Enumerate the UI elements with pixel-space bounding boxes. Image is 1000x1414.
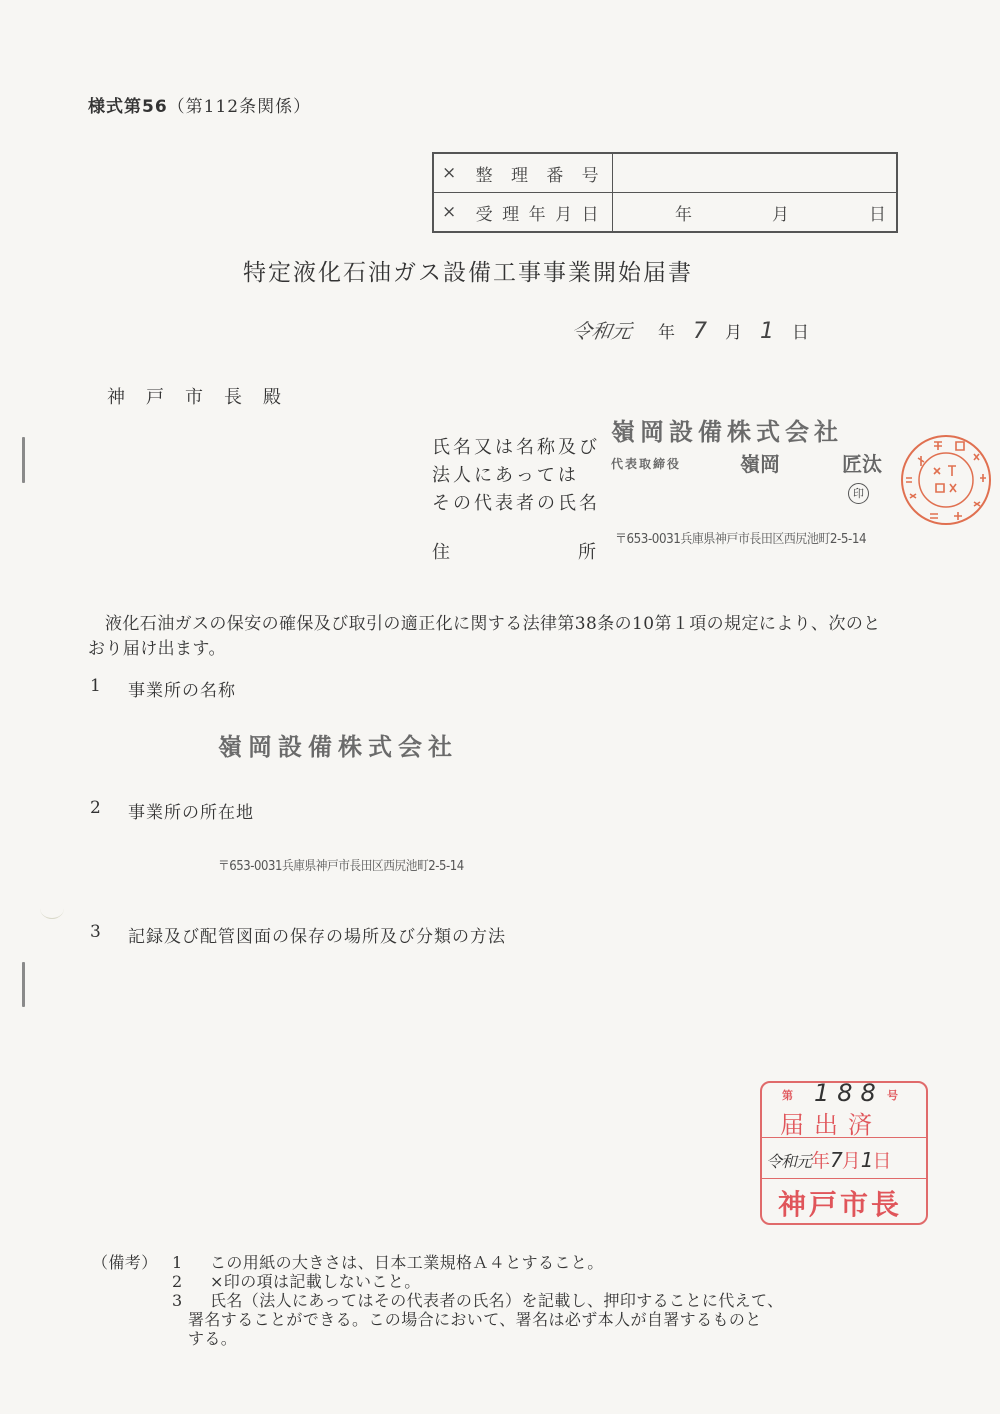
month-handwritten: 7 — [830, 1148, 842, 1172]
body-text: 液化石油ガスの保安の確保及び取引の適正化に関する法律第38条の10第１項の規定に… — [88, 612, 898, 662]
label-char: 号 — [582, 161, 601, 186]
representative-given-name: 匠汰 — [842, 448, 882, 477]
addressee-char: 市 — [185, 383, 203, 409]
seal-placeholder-icon: 印 — [848, 483, 869, 504]
binding-mark — [22, 437, 25, 483]
month-unit: 月 — [725, 318, 742, 343]
day-handwritten: 1 — [760, 319, 774, 344]
representative-surname: 嶺岡 — [740, 448, 780, 477]
label-char: 所 — [578, 538, 596, 564]
cross-mark: × — [442, 163, 458, 183]
office-use-table: × 整 理 番 号 × 受 理 年 月 日 年 月 日 — [432, 152, 898, 233]
business-address: 〒653-0031兵庫県神戸市長田区西尻池町2-5-14 — [218, 855, 464, 874]
item-record-storage: 3 記録及び配管図面の保存の場所及び分類の方法 — [90, 922, 506, 947]
binding-mark — [22, 962, 25, 1007]
note-text: この用紙の大きさは、日本工業規格Ａ４とすること。 — [210, 1253, 604, 1272]
applicant-name-label: 氏名又は名称及び 法人にあっては その代表者の氏名 — [432, 434, 600, 518]
note-number: 3 — [172, 1291, 210, 1310]
label-char: 月 — [555, 200, 574, 225]
note-number: 2 — [172, 1272, 210, 1291]
representative-name: 嶺岡 匠汰 — [740, 448, 882, 477]
receipt-date-row: 令和元 年 7 月 1 日 — [762, 1137, 926, 1179]
item-number: 2 — [90, 798, 128, 823]
item-number: 1 — [90, 676, 128, 701]
table-row-file-number: × 整 理 番 号 — [433, 153, 897, 193]
day-unit: 日 — [792, 318, 809, 343]
day-unit: 日 — [869, 200, 886, 225]
era-handwritten: 令和元 — [766, 1149, 811, 1172]
representative-title: 代表取締役 — [611, 455, 681, 472]
cross-mark: × — [442, 202, 458, 222]
label-char: 理 — [511, 161, 530, 186]
number-suffix: 号 — [887, 1087, 898, 1103]
note-row: （備考） 1 この用紙の大きさは、日本工業規格Ａ４とすること。 — [92, 1253, 784, 1272]
receipt-date-label: × 受 理 年 月 日 — [433, 193, 613, 233]
receipt-stamp: 第 188 号 届出済 令和元 年 7 月 1 日 神戸市長 — [760, 1081, 928, 1225]
item-label: 事業所の名称 — [128, 676, 236, 701]
label-char: 住 — [432, 538, 450, 564]
receipt-status: 届出済 — [780, 1105, 882, 1140]
form-number: 様式第56（第112条関係） — [88, 92, 311, 117]
label-char: 受 — [476, 200, 495, 225]
label-char: 整 — [476, 161, 495, 186]
label-char: 番 — [546, 161, 565, 186]
receipt-number-row: 第 188 号 届出済 — [762, 1083, 926, 1137]
month-unit: 月 — [772, 200, 789, 225]
note-continuation: する。 — [92, 1329, 784, 1348]
form-number-article: （第112条関係） — [168, 97, 311, 117]
form-number-prefix: 様式第56 — [88, 97, 168, 117]
table-row-receipt-date: × 受 理 年 月 日 年 月 日 — [433, 193, 897, 233]
business-name-stamp: 嶺岡設備株式会社 — [218, 727, 458, 762]
year-unit: 年 — [675, 200, 692, 225]
addressee-char: 殿 — [263, 383, 281, 409]
label-line: その代表者の氏名 — [432, 490, 600, 518]
item-label: 記録及び配管図面の保存の場所及び分類の方法 — [128, 922, 506, 947]
era-handwritten: 令和元 — [569, 315, 634, 344]
item-business-location: 2 事業所の所在地 — [90, 798, 254, 823]
year-unit: 年 — [811, 1146, 830, 1173]
addressee: 神 戸 市 長 殿 — [107, 383, 281, 409]
notes-heading: （備考） — [92, 1253, 172, 1272]
addressee-char: 戸 — [146, 383, 164, 409]
year-unit: 年 — [658, 318, 675, 343]
label-char: 日 — [582, 200, 601, 225]
note-row: 2 ×印の項は記載しないこと。 — [92, 1272, 784, 1291]
month-handwritten: 7 — [693, 319, 707, 344]
item-business-name: 1 事業所の名称 — [90, 676, 236, 701]
addressee-char: 神 — [107, 383, 125, 409]
note-text: 氏名（法人にあってはその代表者の氏名）を記載し、押印することに代えて、 — [210, 1291, 784, 1310]
label-char: 年 — [529, 200, 548, 225]
label-line: 法人にあっては — [432, 462, 600, 490]
applicant-address: 〒653-0031兵庫県神戸市長田区西尻池町2-5-14 — [615, 528, 866, 547]
address-label: 住 所 — [432, 538, 596, 564]
file-number-field[interactable] — [613, 153, 898, 193]
day-unit: 日 — [873, 1146, 892, 1173]
notes: （備考） 1 この用紙の大きさは、日本工業規格Ａ４とすること。 2 ×印の項は記… — [92, 1253, 784, 1348]
month-unit: 月 — [842, 1146, 861, 1173]
company-seal-icon — [896, 428, 992, 532]
note-continuation: 署名することができる。この場合において、署名は必ず本人が自署するものと — [92, 1310, 784, 1329]
file-number-label: × 整 理 番 号 — [433, 153, 613, 193]
note-row: 3 氏名（法人にあってはその代表者の氏名）を記載し、押印することに代えて、 — [92, 1291, 784, 1310]
day-handwritten: 1 — [861, 1148, 873, 1172]
addressee-char: 長 — [224, 383, 242, 409]
label-line: 氏名又は名称及び — [432, 434, 600, 462]
label-char: 理 — [502, 200, 521, 225]
receipt-number: 188 — [814, 1079, 884, 1107]
submission-date: 令和元 年 7 月 1 日 — [572, 315, 809, 344]
scan-artifact — [40, 898, 64, 919]
document-title: 特定液化石油ガス設備工事事業開始届書 — [243, 254, 693, 287]
item-label: 事業所の所在地 — [128, 798, 254, 823]
receipt-issuer: 神戸市長 — [778, 1183, 902, 1223]
number-prefix: 第 — [782, 1087, 793, 1103]
item-number: 3 — [90, 922, 128, 947]
receipt-issuer-row: 神戸市長 — [762, 1179, 926, 1223]
receipt-date-field[interactable]: 年 月 日 — [613, 193, 898, 233]
note-number: 1 — [172, 1253, 210, 1272]
company-name-stamp: 嶺岡設備株式会社 — [611, 412, 843, 447]
note-text: ×印の項は記載しないこと。 — [210, 1272, 421, 1291]
